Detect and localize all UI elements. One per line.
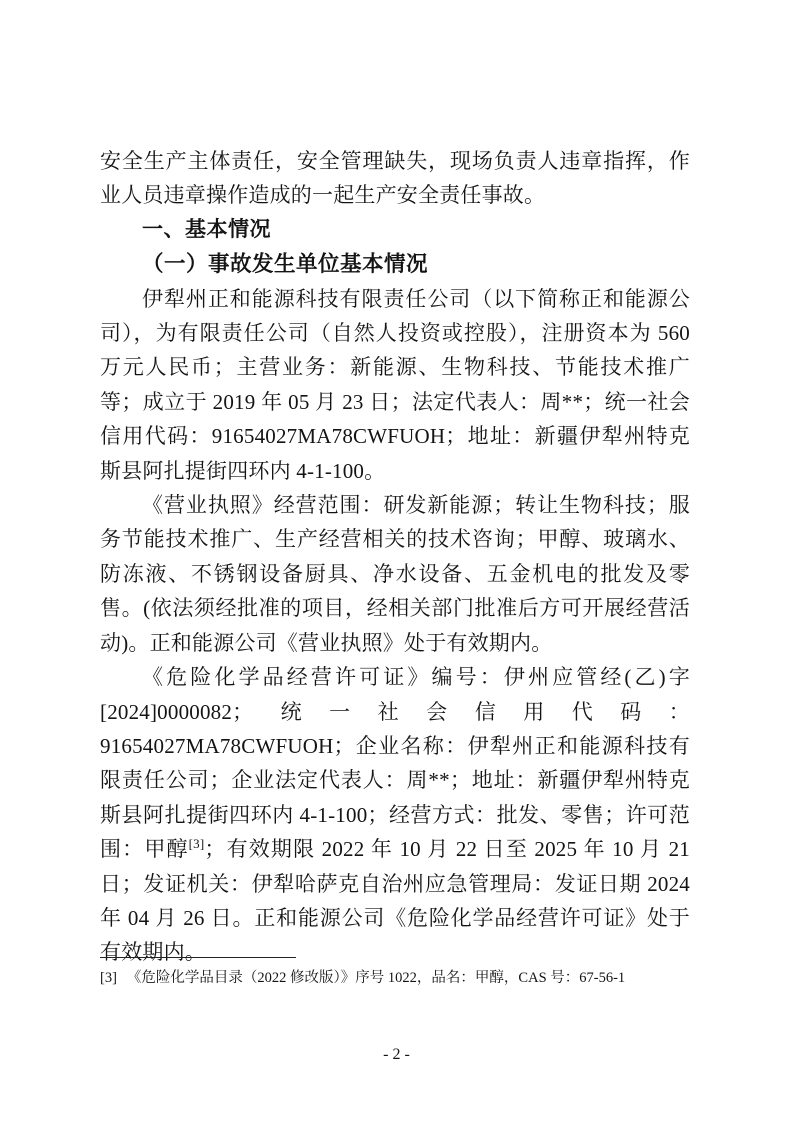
paragraph-company-info: 伊犁州正和能源科技有限责任公司（以下简称正和能源公司），为有限责任公司（自然人投… [100, 282, 690, 488]
subsection-heading: （一）事故发生单位基本情况 [100, 247, 690, 281]
footnote-marker: [3] [100, 970, 117, 986]
footnote-text: 《危险化学品目录（2022 修改版）》序号 1022，品名：甲醇，CAS 号：6… [127, 970, 625, 986]
section-heading: 一、基本情况 [100, 213, 690, 247]
footnote-separator [100, 957, 296, 958]
paragraph-intro-continuation: 安全生产主体责任，安全管理缺失，现场负责人违章指挥，作业人员违章操作造成的一起生… [100, 144, 690, 213]
paragraph-business-license: 《营业执照》经营范围：研发新能源；转让生物科技；服务节能技术推广、生产经营相关的… [100, 488, 690, 660]
paragraph-hazchem-permit: 《危险化学品经营许可证》编号：伊州应管经(乙)字[2024]0000082；统一… [100, 660, 690, 970]
page: 安全生产主体责任，安全管理缺失，现场负责人违章指挥，作业人员违章操作造成的一起生… [0, 0, 793, 1122]
footnote: [3]《危险化学品目录（2022 修改版）》序号 1022，品名：甲醇，CAS … [100, 968, 690, 989]
footnote-block: [3]《危险化学品目录（2022 修改版）》序号 1022，品名：甲醇，CAS … [100, 957, 690, 989]
page-number: - 2 - [0, 1046, 793, 1064]
document-body: 安全生产主体责任，安全管理缺失，现场负责人违章指挥，作业人员违章操作造成的一起生… [100, 144, 690, 970]
